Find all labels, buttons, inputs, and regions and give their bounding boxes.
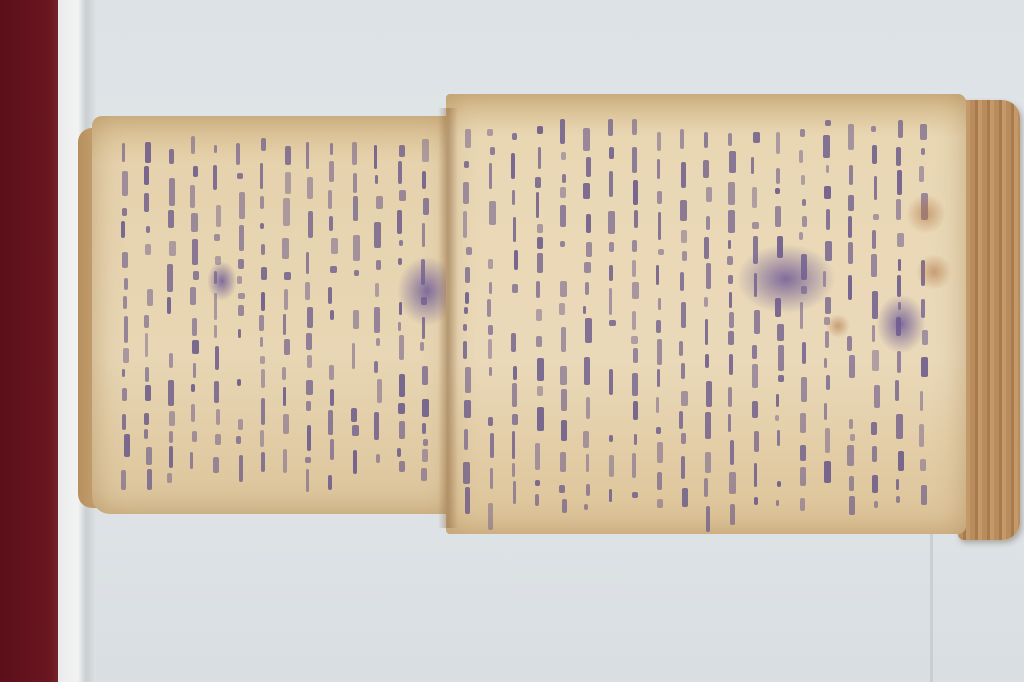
open-notebook: ~~~ ~ [78, 88, 1018, 558]
age-stain [826, 314, 850, 338]
ink-blot [736, 244, 836, 314]
age-stain [906, 194, 946, 234]
photo-scene: ~~~ ~ [0, 0, 1024, 682]
right-page: ~~~ ~ [446, 94, 966, 534]
left-page [92, 116, 454, 514]
page-stack [958, 100, 1020, 540]
maroon-object [0, 0, 62, 682]
ink-blot [876, 294, 926, 354]
age-stain [916, 254, 952, 290]
ink-blot [207, 261, 237, 301]
book-gutter [438, 108, 458, 528]
